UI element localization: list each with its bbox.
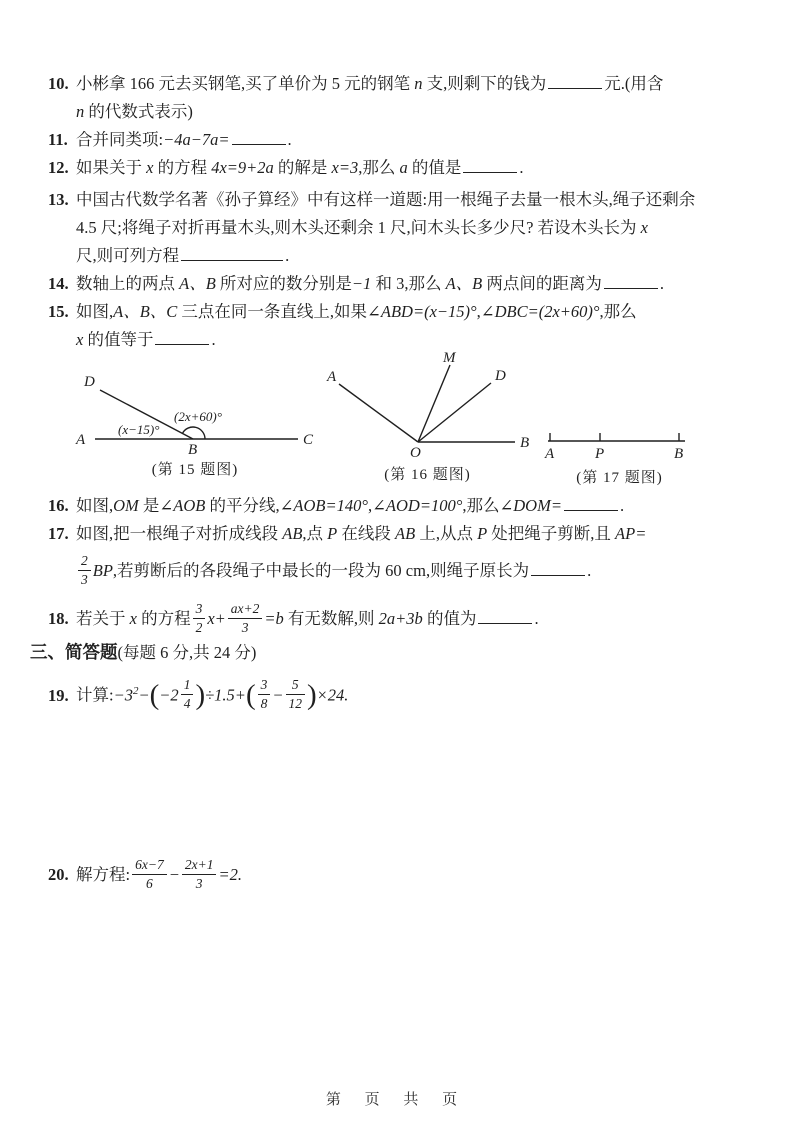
- right-paren: ): [195, 679, 205, 711]
- question-20: 20.解方程:6x−76−2x+13=2.: [48, 852, 764, 898]
- fraction-denominator: 8: [258, 695, 271, 712]
- question-16: 16.如图,OM 是∠AOB 的平分线,∠AOB=140°,∠AOD=100°,…: [48, 492, 764, 520]
- question-text: 尺,则可列方程: [76, 246, 179, 265]
- question-15: 15.如图,A、B、C 三点在同一条直线上,如果∠ABD=(x−15)°,∠DB…: [48, 298, 764, 354]
- math-variable: a: [400, 158, 408, 177]
- math-expression: 2a+3b: [379, 609, 423, 628]
- question-10-line-1: 10.小彬拿 166 元去买钢笔,买了单价为 5 元的钢笔 n 支,则剩下的钱为…: [76, 70, 764, 98]
- math-expression: 4x=9+2a: [211, 158, 274, 177]
- fraction-numerator: 1: [181, 677, 194, 695]
- right-paren: ): [307, 679, 317, 711]
- point-label-p: P: [594, 446, 604, 462]
- math-expression: −3: [114, 686, 133, 705]
- question-text: .: [285, 246, 289, 265]
- question-text: 4.5 尺;将绳子对折再量木头,则木头还剩余 1 尺,问木头长多少尺? 若设木头…: [76, 218, 641, 237]
- figure-15: D A B C (x−15)° (2x+60)° (第 15 题图): [70, 360, 320, 479]
- question-text: 计算:: [76, 686, 114, 705]
- section-title: 三、简答题: [30, 642, 118, 662]
- question-text: 解方程:: [76, 865, 130, 884]
- question-text: 如果关于: [76, 158, 146, 177]
- question-text: ,点: [302, 524, 327, 543]
- math-expression: −1: [352, 274, 371, 293]
- question-13-line-1: 13.中国古代数学名著《孙子算经》中有这样一道题:用一根绳子去量一根木头,绳子还…: [76, 186, 764, 214]
- math-expression: A、B、C: [113, 302, 177, 321]
- question-text: 的值是: [408, 158, 462, 177]
- math-expression: ∠AOD=100°: [372, 496, 462, 515]
- question-text: .: [620, 496, 624, 515]
- answer-blank: [548, 73, 602, 90]
- answer-blank: [155, 329, 209, 346]
- math-expression: −: [272, 686, 283, 705]
- question-number: 19.: [48, 673, 76, 719]
- point-label-m: M: [442, 350, 457, 366]
- question-text: .: [519, 158, 523, 177]
- point-label-d: D: [83, 374, 95, 390]
- question-12: 12.如果关于 x 的方程 4x=9+2a 的解是 x=3,那么 a 的值是.: [48, 154, 764, 182]
- ray-oa: [339, 384, 418, 442]
- question-text: 支,则剩下的钱为: [423, 74, 547, 93]
- question-19: 19.计算:−32−(−214)÷1.5+(38−512)×24.: [48, 668, 764, 714]
- fraction: 38: [258, 677, 271, 712]
- answer-blank: [232, 129, 286, 146]
- question-text: 如图,: [76, 496, 113, 515]
- question-14: 14.数轴上的两点 A、B 所对应的数分别是−1 和 3,那么 A、B 两点间的…: [48, 270, 764, 298]
- question-number: 12.: [48, 154, 76, 182]
- section-note: (每题 6 分,共 24 分): [118, 643, 257, 662]
- question-text: ,那么: [462, 496, 499, 515]
- math-variable: x: [641, 218, 648, 237]
- question-text: .: [534, 609, 538, 628]
- point-label-b: B: [188, 442, 197, 455]
- math-expression: AP=: [615, 524, 646, 543]
- question-text: 两点间的距离为: [482, 274, 602, 293]
- question-text: .: [660, 274, 664, 293]
- question-text: 的方程: [137, 609, 191, 628]
- point-label-b: B: [520, 435, 529, 451]
- fraction-numerator: 3: [193, 601, 206, 619]
- question-text: 的平分线,: [205, 496, 279, 515]
- page-footer: 第 页 共 页: [0, 1088, 793, 1109]
- figure-15-drawing: D A B C (x−15)° (2x+60)°: [70, 360, 320, 455]
- question-text: .: [288, 130, 292, 149]
- math-expression: −: [169, 865, 180, 884]
- question-13-line-3: 尺,则可列方程.: [76, 242, 764, 270]
- question-text: .: [587, 561, 591, 580]
- math-variable: P: [327, 524, 337, 543]
- math-expression: x=3: [332, 158, 359, 177]
- question-text: 处把绳子剪断,且: [487, 524, 615, 543]
- answer-blank: [564, 495, 618, 512]
- question-text: 若关于: [76, 609, 130, 628]
- question-text: 合并同类项:: [76, 130, 163, 149]
- point-label-a: A: [75, 432, 86, 448]
- angle-arc: [182, 427, 205, 439]
- question-text: 的值等于: [83, 330, 153, 349]
- fraction: 23: [78, 553, 91, 588]
- fraction: 6x−76: [132, 857, 167, 892]
- fraction-numerator: 6x−7: [132, 857, 167, 875]
- question-11: 11.合并同类项:−4a−7a=.: [48, 126, 764, 154]
- math-variable: x: [130, 609, 137, 628]
- math-expression: −2: [159, 686, 178, 705]
- question-text: 所对应的数分别是: [216, 274, 352, 293]
- question-text: ,那么: [600, 302, 637, 321]
- question-10: 10.小彬拿 166 元去买钢笔,买了单价为 5 元的钢笔 n 支,则剩下的钱为…: [48, 70, 764, 126]
- figure-17: A P B (第 17 题图): [542, 418, 697, 487]
- math-expression: ∠AOB: [159, 496, 205, 515]
- math-expression: ∠DBC=(2x+60)°: [481, 302, 600, 321]
- figure-17-caption: (第 17 题图): [542, 466, 697, 487]
- exam-page: { "doc": { "footer": "第 页 共 页", "section…: [0, 0, 793, 1122]
- math-variable: P: [477, 524, 487, 543]
- fraction: 32: [193, 601, 206, 636]
- question-number: 10.: [48, 70, 76, 98]
- math-expression: −4a−7a=: [163, 130, 229, 149]
- question-13: 13.中国古代数学名著《孙子算经》中有这样一道题:用一根绳子去量一根木头,绳子还…: [48, 186, 764, 270]
- left-paren: (: [150, 679, 160, 711]
- math-expression: ÷1.5+: [205, 686, 246, 705]
- question-text: 是: [139, 496, 160, 515]
- math-expression: −: [138, 686, 149, 705]
- answer-blank: [463, 157, 517, 174]
- question-text: 的方程: [153, 158, 211, 177]
- fraction-denominator: 12: [286, 695, 306, 712]
- angle-label-dbc: (2x+60)°: [174, 409, 222, 424]
- math-expression: A、B: [446, 274, 483, 293]
- fraction-denominator: 3: [228, 619, 263, 636]
- answer-blank: [531, 560, 585, 577]
- question-text: 中国古代数学名著《孙子算经》中有这样一道题:用一根绳子去量一根木头,绳子还剩余: [76, 190, 695, 209]
- fraction-denominator: 2: [193, 619, 206, 636]
- fraction: 14: [181, 677, 194, 712]
- fraction-denominator: 3: [182, 875, 217, 892]
- question-text: 如图,把一根绳子对折成线段: [76, 524, 282, 543]
- point-label-a: A: [544, 446, 555, 462]
- fraction-denominator: 6: [132, 875, 167, 892]
- math-expression: BP: [93, 561, 113, 580]
- question-17: 17.如图,把一根绳子对折成线段 AB,点 P 在线段 AB 上,从点 P 处把…: [48, 520, 764, 594]
- ray-om: [418, 365, 450, 442]
- section-3-header: 三、简答题(每题 6 分,共 24 分): [30, 638, 256, 666]
- fraction-numerator: 2: [78, 553, 91, 571]
- figure-16-drawing: A M D B O: [325, 348, 530, 460]
- answer-blank: [478, 608, 532, 625]
- math-expression: =b: [264, 609, 283, 628]
- math-expression: ∠AOB=140°: [280, 496, 368, 515]
- question-number: 14.: [48, 270, 76, 298]
- question-number: 17.: [48, 520, 76, 548]
- fraction: 512: [286, 677, 306, 712]
- question-number: 18.: [48, 596, 76, 642]
- fraction: ax+23: [228, 601, 263, 636]
- question-15-line-1: 15.如图,A、B、C 三点在同一条直线上,如果∠ABD=(x−15)°,∠DB…: [76, 298, 764, 326]
- point-label-o: O: [410, 445, 421, 460]
- question-number: 16.: [48, 492, 76, 520]
- question-text: 上,从点: [415, 524, 477, 543]
- math-expression: AB: [395, 524, 415, 543]
- question-text: 如图,: [76, 302, 113, 321]
- math-expression: ×24.: [317, 686, 349, 705]
- fraction-numerator: 5: [286, 677, 306, 695]
- answer-blank: [181, 245, 283, 262]
- math-expression: A、B: [179, 274, 216, 293]
- angle-label-abd: (x−15)°: [118, 422, 159, 437]
- fraction: 2x+13: [182, 857, 217, 892]
- question-text: 有无数解,则: [284, 609, 379, 628]
- fraction-denominator: 3: [78, 571, 91, 588]
- figure-17-drawing: A P B: [542, 418, 697, 463]
- question-text: 和 3,那么: [371, 274, 445, 293]
- question-text: ,那么: [358, 158, 399, 177]
- math-expression: OM: [113, 496, 139, 515]
- fraction-numerator: 2x+1: [182, 857, 217, 875]
- question-text: ,若剪断后的各段绳子中最长的一段为 60 cm,则绳子原长为: [113, 561, 529, 580]
- math-variable: n: [414, 74, 422, 93]
- question-10-line-2: n 的代数式表示): [76, 98, 764, 126]
- point-label-c: C: [303, 432, 314, 448]
- point-label-b: B: [674, 446, 683, 462]
- math-expression: ∠ABD=(x−15)°: [367, 302, 477, 321]
- question-text: 数轴上的两点: [76, 274, 179, 293]
- point-label-d: D: [494, 368, 506, 384]
- question-text: 三点在同一条直线上,如果: [177, 302, 367, 321]
- fraction-numerator: 3: [258, 677, 271, 695]
- question-18: 18.若关于 x 的方程32x+ax+23=b 有无数解,则 2a+3b 的值为…: [48, 596, 764, 642]
- fraction-numerator: ax+2: [228, 601, 263, 619]
- figure-16-caption: (第 16 题图): [325, 463, 530, 484]
- math-expression: ∠DOM=: [499, 496, 562, 515]
- question-text: .: [211, 330, 215, 349]
- figure-16: A M D B O (第 16 题图): [325, 348, 530, 484]
- question-text: 元.(用含: [604, 74, 663, 93]
- math-variable: n: [76, 102, 84, 121]
- point-label-a: A: [326, 369, 337, 385]
- question-text: 小彬拿 166 元去买钢笔,买了单价为 5 元的钢笔: [76, 74, 414, 93]
- question-text: 在线段: [337, 524, 395, 543]
- question-number: 15.: [48, 298, 76, 326]
- question-text: 的解是: [274, 158, 332, 177]
- question-17-line-2: 23BP,若剪断后的各段绳子中最长的一段为 60 cm,则绳子原长为.: [76, 548, 764, 594]
- question-number: 20.: [48, 852, 76, 898]
- question-17-line-1: 17.如图,把一根绳子对折成线段 AB,点 P 在线段 AB 上,从点 P 处把…: [76, 520, 764, 548]
- answer-blank: [604, 273, 658, 290]
- fraction-denominator: 4: [181, 695, 194, 712]
- figure-15-caption: (第 15 题图): [70, 458, 320, 479]
- ray-od: [418, 383, 491, 442]
- left-paren: (: [246, 679, 256, 711]
- math-expression: x+: [207, 609, 225, 628]
- question-13-line-2: 4.5 尺;将绳子对折再量木头,则木头还剩余 1 尺,问木头长多少尺? 若设木头…: [76, 214, 764, 242]
- question-number: 11.: [48, 126, 76, 154]
- question-text: 的值为: [423, 609, 477, 628]
- question-number: 13.: [48, 186, 76, 214]
- math-expression: =2.: [218, 865, 242, 884]
- question-text: 的代数式表示): [84, 102, 193, 121]
- math-expression: AB: [282, 524, 302, 543]
